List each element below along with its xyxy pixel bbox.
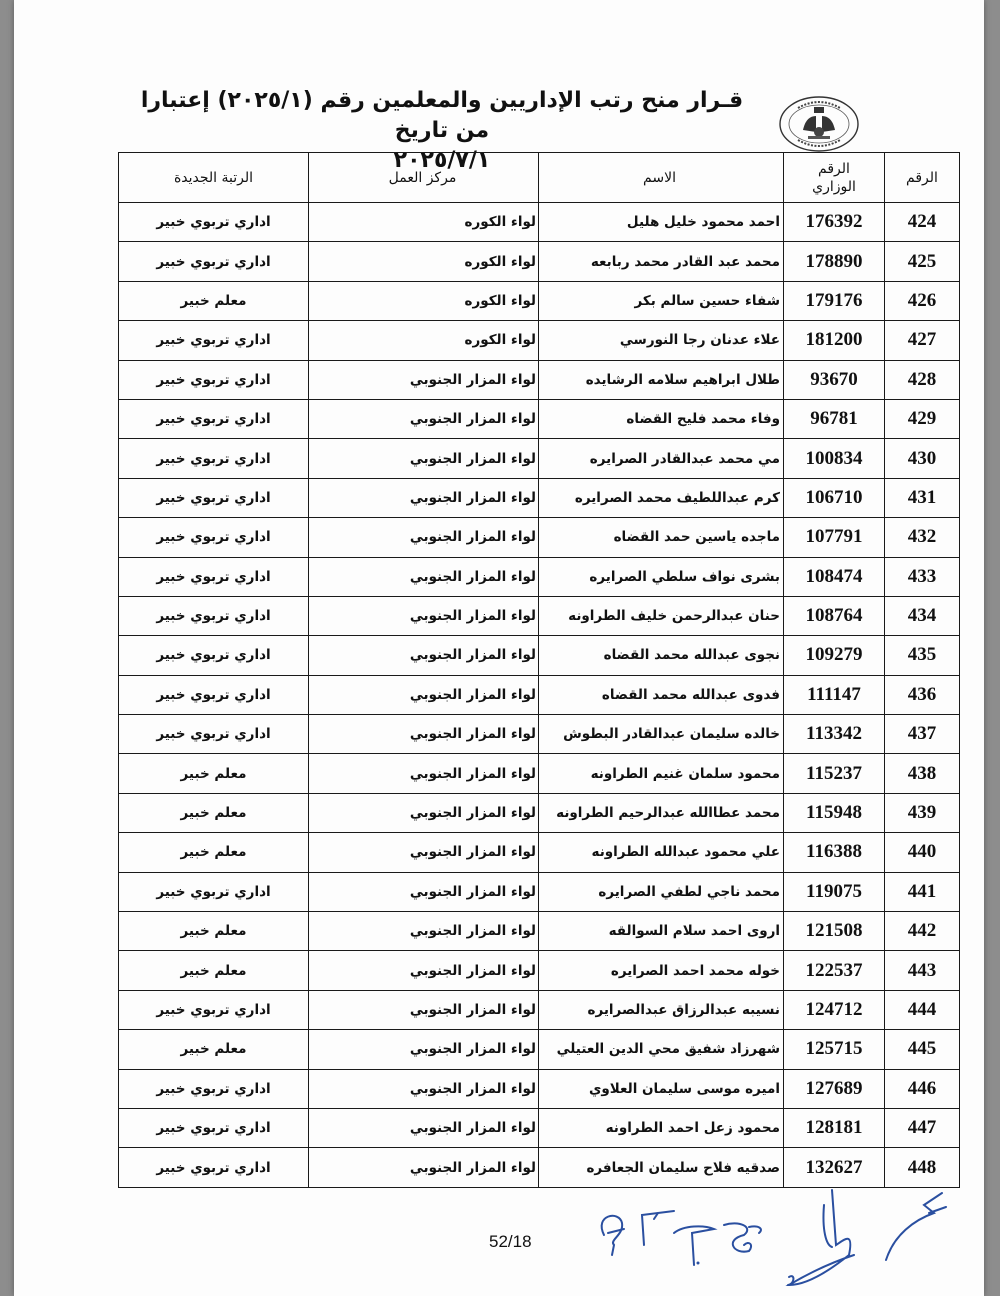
cell-national-id: 108474 — [784, 557, 885, 596]
header-national-id: الرقم الوزاري — [784, 153, 885, 203]
cell-national-id: 178890 — [784, 242, 885, 281]
cell-name: محمد عطاالله عبدالرحيم الطراونه — [539, 793, 784, 832]
cell-new-rank: اداري تربوي خبير — [119, 1069, 309, 1108]
cell-new-rank: معلم خبير — [119, 793, 309, 832]
cell-name: حنان عبدالرحمن خليف الطراونه — [539, 596, 784, 635]
table-row: 425178890محمد عبد القادر محمد ربابعهلواء… — [119, 242, 960, 281]
cell-index: 444 — [885, 990, 960, 1029]
table-row: 433108474بشرى نواف سلطي الصرايرهلواء الم… — [119, 557, 960, 596]
cell-index: 442 — [885, 912, 960, 951]
cell-work-center: لواء المزار الجنوبي — [309, 951, 539, 990]
cell-work-center: لواء المزار الجنوبي — [309, 754, 539, 793]
table-row: 439115948محمد عطاالله عبدالرحيم الطراونه… — [119, 793, 960, 832]
cell-name: محمد ناجي لطفي الصرايره — [539, 872, 784, 911]
cell-index: 428 — [885, 360, 960, 399]
cell-new-rank: اداري تربوي خبير — [119, 1108, 309, 1147]
cell-new-rank: معلم خبير — [119, 281, 309, 320]
table-row: 426179176شفاء حسين سالم بكرلواء الكورهمع… — [119, 281, 960, 320]
cell-name: ماجده ياسين حمد القضاه — [539, 518, 784, 557]
cell-national-id: 115948 — [784, 793, 885, 832]
table-row: 446127689اميره موسى سليمان العلاويلواء ا… — [119, 1069, 960, 1108]
table-row: 427181200علاء عدنان رجا النورسيلواء الكو… — [119, 321, 960, 360]
cell-work-center: لواء المزار الجنوبي — [309, 1030, 539, 1069]
cell-name: صدقيه فلاح سليمان الجعافره — [539, 1148, 784, 1187]
cell-national-id: 113342 — [784, 715, 885, 754]
cell-new-rank: اداري تربوي خبير — [119, 715, 309, 754]
cell-work-center: لواء المزار الجنوبي — [309, 912, 539, 951]
header-name: الاسم — [539, 153, 784, 203]
cell-index: 448 — [885, 1148, 960, 1187]
cell-national-id: 127689 — [784, 1069, 885, 1108]
cell-work-center: لواء المزار الجنوبي — [309, 1148, 539, 1187]
cell-index: 441 — [885, 872, 960, 911]
cell-index: 435 — [885, 636, 960, 675]
title-line-1: قـرار منح رتب الإداريين والمعلمين رقم (٢… — [141, 88, 743, 143]
table-row: 438115237محمود سلمان غنيم الطراونهلواء ا… — [119, 754, 960, 793]
cell-name: طلال ابراهيم سلامه الرشايده — [539, 360, 784, 399]
cell-name: علاء عدنان رجا النورسي — [539, 321, 784, 360]
cell-name: اروى احمد سلام السوالقه — [539, 912, 784, 951]
table-row: 431106710كرم عبداللطيف محمد الصرايرهلواء… — [119, 478, 960, 517]
cell-new-rank: اداري تربوي خبير — [119, 360, 309, 399]
cell-national-id: 124712 — [784, 990, 885, 1029]
cell-name: شهرزاد شفيق محي الدين العتيلي — [539, 1030, 784, 1069]
cell-index: 439 — [885, 793, 960, 832]
cell-work-center: لواء المزار الجنوبي — [309, 833, 539, 872]
cell-national-id: 125715 — [784, 1030, 885, 1069]
ministry-seal-icon — [778, 94, 860, 154]
cell-index: 443 — [885, 951, 960, 990]
cell-index: 426 — [885, 281, 960, 320]
table-row: 42893670طلال ابراهيم سلامه الرشايدهلواء … — [119, 360, 960, 399]
cell-national-id: 100834 — [784, 439, 885, 478]
cell-index: 431 — [885, 478, 960, 517]
cell-work-center: لواء المزار الجنوبي — [309, 360, 539, 399]
cell-name: علي محمود عبدالله الطراونه — [539, 833, 784, 872]
cell-national-id: 108764 — [784, 596, 885, 635]
cell-work-center: لواء الكوره — [309, 242, 539, 281]
cell-work-center: لواء المزار الجنوبي — [309, 1069, 539, 1108]
cell-name: وفاء محمد فليح القضاه — [539, 399, 784, 438]
cell-new-rank: اداري تربوي خبير — [119, 636, 309, 675]
cell-new-rank: اداري تربوي خبير — [119, 557, 309, 596]
cell-national-id: 119075 — [784, 872, 885, 911]
header-index: الرقم — [885, 153, 960, 203]
cell-national-id: 93670 — [784, 360, 885, 399]
cell-index: 425 — [885, 242, 960, 281]
cell-name: نسيبه عبدالرزاق عبدالصرايره — [539, 990, 784, 1029]
table-row: 440116388علي محمود عبدالله الطراونهلواء … — [119, 833, 960, 872]
cell-national-id: 106710 — [784, 478, 885, 517]
cell-name: بشرى نواف سلطي الصرايره — [539, 557, 784, 596]
cell-name: خوله محمد احمد الصرايره — [539, 951, 784, 990]
cell-national-id: 96781 — [784, 399, 885, 438]
cell-work-center: لواء المزار الجنوبي — [309, 793, 539, 832]
table-row: 445125715شهرزاد شفيق محي الدين العتيليلو… — [119, 1030, 960, 1069]
cell-national-id: 132627 — [784, 1148, 885, 1187]
cell-national-id: 121508 — [784, 912, 885, 951]
cell-new-rank: اداري تربوي خبير — [119, 1148, 309, 1187]
cell-new-rank: اداري تربوي خبير — [119, 872, 309, 911]
cell-national-id: 179176 — [784, 281, 885, 320]
table-row: 436111147فدوى عبدالله محمد القضاهلواء ال… — [119, 675, 960, 714]
cell-work-center: لواء الكوره — [309, 321, 539, 360]
cell-work-center: لواء المزار الجنوبي — [309, 557, 539, 596]
table-row: 424176392احمد محمود خليل هليللواء الكوره… — [119, 203, 960, 242]
cell-name: محمد عبد القادر محمد ربابعه — [539, 242, 784, 281]
cell-new-rank: اداري تربوي خبير — [119, 242, 309, 281]
cell-national-id: 181200 — [784, 321, 885, 360]
table-row: 441119075محمد ناجي لطفي الصرايرهلواء الم… — [119, 872, 960, 911]
cell-name: احمد محمود خليل هليل — [539, 203, 784, 242]
table-row: 444124712نسيبه عبدالرزاق عبدالصرايرهلواء… — [119, 990, 960, 1029]
cell-new-rank: اداري تربوي خبير — [119, 675, 309, 714]
cell-index: 432 — [885, 518, 960, 557]
cell-new-rank: معلم خبير — [119, 1030, 309, 1069]
cell-national-id: 115237 — [784, 754, 885, 793]
cell-name: محمود زعل احمد الطراونه — [539, 1108, 784, 1147]
document-page: قـرار منح رتب الإداريين والمعلمين رقم (٢… — [14, 0, 984, 1296]
cell-work-center: لواء المزار الجنوبي — [309, 518, 539, 557]
cell-work-center: لواء المزار الجنوبي — [309, 990, 539, 1029]
table-row: 435109279نجوى عبدالله محمد القضاهلواء ال… — [119, 636, 960, 675]
table-row: 442121508اروى احمد سلام السوالقهلواء الم… — [119, 912, 960, 951]
cell-new-rank: اداري تربوي خبير — [119, 518, 309, 557]
cell-new-rank: اداري تربوي خبير — [119, 203, 309, 242]
cell-new-rank: معلم خبير — [119, 951, 309, 990]
table-header-row: الرقم الرقم الوزاري الاسم مركز العمل الر… — [119, 153, 960, 203]
cell-work-center: لواء المزار الجنوبي — [309, 715, 539, 754]
cell-national-id: 107791 — [784, 518, 885, 557]
cell-index: 447 — [885, 1108, 960, 1147]
cell-national-id: 111147 — [784, 675, 885, 714]
cell-new-rank: اداري تربوي خبير — [119, 990, 309, 1029]
cell-work-center: لواء الكوره — [309, 281, 539, 320]
cell-index: 436 — [885, 675, 960, 714]
cell-national-id: 122537 — [784, 951, 885, 990]
cell-work-center: لواء المزار الجنوبي — [309, 1108, 539, 1147]
table-body: 424176392احمد محمود خليل هليللواء الكوره… — [119, 203, 960, 1188]
cell-index: 446 — [885, 1069, 960, 1108]
ranks-table: الرقم الرقم الوزاري الاسم مركز العمل الر… — [118, 152, 960, 1188]
cell-new-rank: معلم خبير — [119, 833, 309, 872]
table-row: 430100834مي محمد عبدالقادر الصرايرهلواء … — [119, 439, 960, 478]
cell-new-rank: معلم خبير — [119, 912, 309, 951]
cell-national-id: 109279 — [784, 636, 885, 675]
cell-index: 440 — [885, 833, 960, 872]
cell-index: 430 — [885, 439, 960, 478]
cell-name: اميره موسى سليمان العلاوي — [539, 1069, 784, 1108]
cell-name: شفاء حسين سالم بكر — [539, 281, 784, 320]
cell-name: كرم عبداللطيف محمد الصرايره — [539, 478, 784, 517]
cell-index: 433 — [885, 557, 960, 596]
table-row: 447128181محمود زعل احمد الطراونهلواء الم… — [119, 1108, 960, 1147]
table-row: 42996781وفاء محمد فليح القضاهلواء المزار… — [119, 399, 960, 438]
cell-national-id: 176392 — [784, 203, 885, 242]
cell-index: 445 — [885, 1030, 960, 1069]
cell-name: فدوى عبدالله محمد القضاه — [539, 675, 784, 714]
cell-index: 437 — [885, 715, 960, 754]
cell-work-center: لواء المزار الجنوبي — [309, 675, 539, 714]
cell-national-id: 128181 — [784, 1108, 885, 1147]
table-row: 448132627صدقيه فلاح سليمان الجعافرهلواء … — [119, 1148, 960, 1187]
cell-index: 427 — [885, 321, 960, 360]
handwritten-signatures-icon — [574, 1185, 994, 1295]
cell-work-center: لواء المزار الجنوبي — [309, 636, 539, 675]
cell-name: مي محمد عبدالقادر الصرايره — [539, 439, 784, 478]
cell-work-center: لواء الكوره — [309, 203, 539, 242]
table-row: 434108764حنان عبدالرحمن خليف الطراونهلوا… — [119, 596, 960, 635]
table-row: 432107791ماجده ياسين حمد القضاهلواء المز… — [119, 518, 960, 557]
cell-new-rank: معلم خبير — [119, 754, 309, 793]
table-row: 437113342خالده سليمان عبدالقادر البطوشلو… — [119, 715, 960, 754]
header-work-center: مركز العمل — [309, 153, 539, 203]
cell-work-center: لواء المزار الجنوبي — [309, 399, 539, 438]
header-new-rank: الرتبة الجديدة — [119, 153, 309, 203]
cell-index: 424 — [885, 203, 960, 242]
cell-index: 434 — [885, 596, 960, 635]
cell-name: نجوى عبدالله محمد القضاه — [539, 636, 784, 675]
cell-new-rank: اداري تربوي خبير — [119, 478, 309, 517]
table-row: 443122537خوله محمد احمد الصرايرهلواء الم… — [119, 951, 960, 990]
cell-new-rank: اداري تربوي خبير — [119, 399, 309, 438]
cell-name: محمود سلمان غنيم الطراونه — [539, 754, 784, 793]
cell-index: 429 — [885, 399, 960, 438]
cell-name: خالده سليمان عبدالقادر البطوش — [539, 715, 784, 754]
cell-work-center: لواء المزار الجنوبي — [309, 872, 539, 911]
cell-index: 438 — [885, 754, 960, 793]
cell-work-center: لواء المزار الجنوبي — [309, 596, 539, 635]
cell-new-rank: اداري تربوي خبير — [119, 596, 309, 635]
page-number: 52/18 — [489, 1232, 532, 1252]
cell-national-id: 116388 — [784, 833, 885, 872]
cell-new-rank: اداري تربوي خبير — [119, 321, 309, 360]
cell-new-rank: اداري تربوي خبير — [119, 439, 309, 478]
cell-work-center: لواء المزار الجنوبي — [309, 439, 539, 478]
cell-work-center: لواء المزار الجنوبي — [309, 478, 539, 517]
